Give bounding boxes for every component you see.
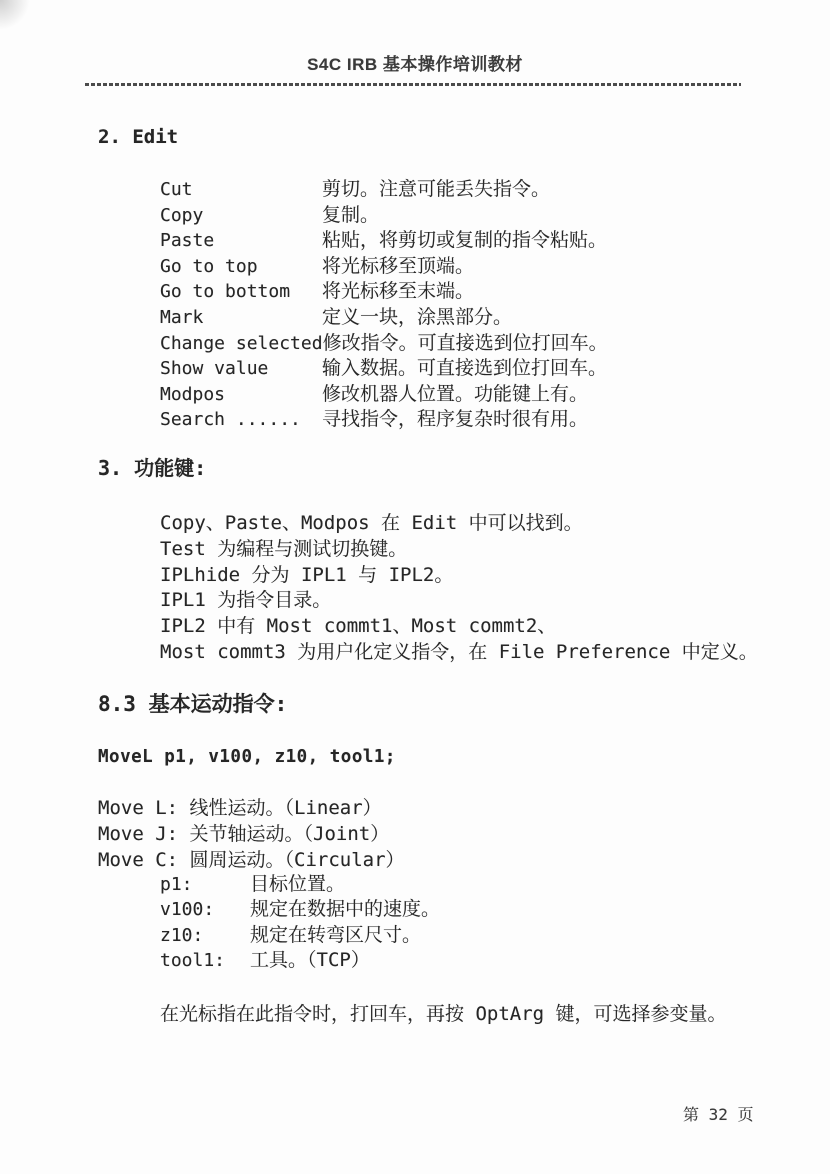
edit-command-row: Change selected 修改指令。可直接选到位打回车。: [160, 331, 740, 357]
section-heading-motion-commands: 8.3 基本运动指令:: [98, 688, 287, 718]
parameter-description: 规定在数据中的速度。: [250, 897, 440, 922]
command-term: Modpos: [160, 382, 322, 408]
edit-command-row: Cut 剪切。注意可能丢失指令。: [160, 177, 740, 203]
command-description: 剪切。注意可能丢失指令。: [322, 177, 550, 203]
command-description: 粘贴，将剪切或复制的指令粘贴。: [322, 228, 607, 254]
motion-parameter-list: p1: 目标位置。 v100: 规定在数据中的速度。 z10: 规定在转弯区尺寸…: [160, 872, 440, 974]
paragraph-line: Copy、Paste、Modpos 在 Edit 中可以找到。: [160, 511, 760, 537]
command-description: 修改机器人位置。功能键上有。: [322, 382, 588, 408]
edit-command-row: Copy 复制。: [160, 203, 740, 229]
paragraph-line: IPL2 中有 Most commt1、Most commt2、: [160, 614, 760, 640]
command-description: 复制。: [322, 203, 379, 229]
motion-note: 在光标指在此指令时，打回车，再按 OptArg 键，可选择参变量。: [160, 999, 727, 1026]
header-divider-dashed-rule: [85, 83, 741, 86]
move-type-line: Move C: 圆周运动。（Circular）: [98, 847, 405, 873]
parameter-term: z10:: [160, 923, 250, 948]
parameter-row: tool1: 工具。（TCP）: [160, 948, 440, 973]
section-heading-edit: 2. Edit: [98, 126, 178, 148]
edit-command-list: Cut 剪切。注意可能丢失指令。 Copy 复制。 Paste 粘贴，将剪切或复…: [160, 177, 740, 433]
command-description: 修改指令。可直接选到位打回车。: [323, 331, 608, 357]
parameter-row: z10: 规定在转弯区尺寸。: [160, 923, 440, 948]
parameter-description: 工具。（TCP）: [250, 948, 370, 973]
command-description: 将光标移至顶端。: [322, 254, 474, 280]
command-term: Mark: [160, 305, 322, 331]
function-keys-paragraph: Copy、Paste、Modpos 在 Edit 中可以找到。 Test 为编程…: [160, 511, 760, 666]
parameter-description: 目标位置。: [250, 872, 345, 897]
command-term: Go to bottom: [160, 279, 322, 305]
command-term: Go to top: [160, 254, 322, 280]
page-number: 第 32 页: [683, 1102, 754, 1125]
section-heading-function-keys: 3. 功能键:: [98, 452, 206, 481]
command-description: 寻找指令，程序复杂时很有用。: [322, 407, 588, 433]
command-term: Show value: [160, 356, 322, 382]
command-term: Cut: [160, 177, 322, 203]
edit-command-row: Go to bottom 将光标移至末端。: [160, 279, 740, 305]
edit-command-row: Mark 定义一块，涂黑部分。: [160, 305, 740, 331]
paragraph-line: IPL1 为指令目录。: [160, 588, 760, 614]
parameter-term: v100:: [160, 897, 250, 922]
document-page: S4C IRB 基本操作培训教材 2. Edit Cut 剪切。注意可能丢失指令…: [0, 0, 830, 1174]
move-type-list: Move L: 线性运动。（Linear） Move J: 关节轴运动。（Joi…: [98, 795, 405, 873]
header-title: S4C IRB 基本操作培训教材: [0, 50, 830, 75]
command-term: Change selected: [160, 331, 323, 357]
edit-command-row: Go to top 将光标移至顶端。: [160, 254, 740, 280]
command-description: 将光标移至末端。: [322, 279, 474, 305]
paragraph-line: Most commt3 为用户化定义指令，在 File Preference 中…: [160, 640, 760, 666]
parameter-description: 规定在转弯区尺寸。: [250, 923, 421, 948]
move-type-line: Move J: 关节轴运动。（Joint）: [98, 821, 405, 847]
edit-command-row: Modpos 修改机器人位置。功能键上有。: [160, 382, 740, 408]
command-term: Search ......: [160, 407, 322, 433]
edit-command-row: Search ...... 寻找指令，程序复杂时很有用。: [160, 407, 740, 433]
edit-command-row: Show value 输入数据。可直接选到位打回车。: [160, 356, 740, 382]
edit-command-row: Paste 粘贴，将剪切或复制的指令粘贴。: [160, 228, 740, 254]
command-description: 输入数据。可直接选到位打回车。: [322, 356, 607, 382]
parameter-row: p1: 目标位置。: [160, 872, 440, 897]
parameter-term: tool1:: [160, 948, 250, 973]
command-description: 定义一块，涂黑部分。: [322, 305, 512, 331]
command-term: Copy: [160, 203, 322, 229]
command-term: Paste: [160, 228, 322, 254]
move-type-line: Move L: 线性运动。（Linear）: [98, 795, 405, 821]
parameter-term: p1:: [160, 872, 250, 897]
paragraph-line: IPLhide 分为 IPL1 与 IPL2。: [160, 563, 760, 589]
parameter-row: v100: 规定在数据中的速度。: [160, 897, 440, 922]
paragraph-line: Test 为编程与测试切换键。: [160, 537, 760, 563]
motion-command-example: MoveL p1, v100, z10, tool1;: [98, 747, 396, 767]
